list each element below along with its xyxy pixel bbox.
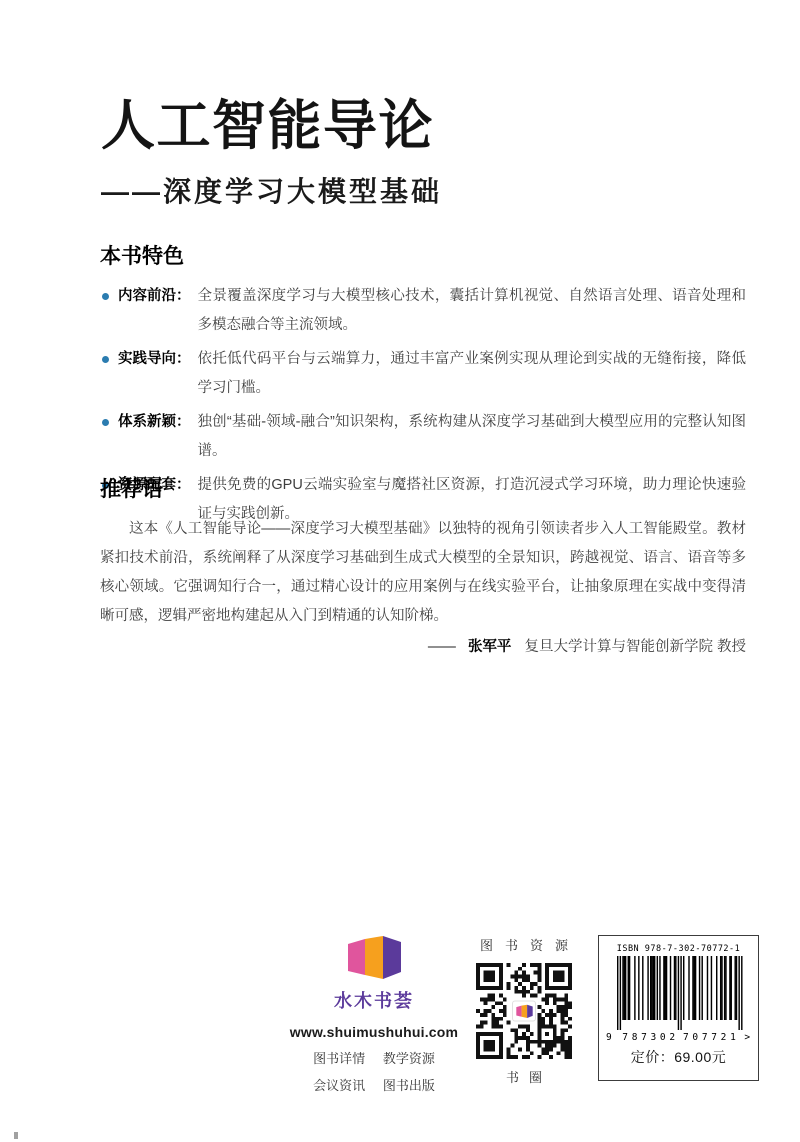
publisher-link: 教学资源 xyxy=(383,1051,435,1066)
book-subtitle: ——深度学习大模型基础 xyxy=(101,170,442,210)
feature-item: 体系新颖： 独创“基础-领域-融合”知识架构，系统构建从深度学习基础到大模型应用… xyxy=(100,408,746,466)
recommendation-byline: —— 张军平 复旦大学计算与智能创新学院 教授 xyxy=(100,633,746,662)
feature-text: 全景覆盖深度学习与大模型核心技术，囊括计算机视觉、自然语言处理、语音处理和多模态… xyxy=(198,282,747,340)
svg-text:9: 9 xyxy=(606,1032,612,1043)
publisher-link: 图书详情 xyxy=(313,1051,365,1066)
qr-code xyxy=(476,963,572,1059)
qr-top-label: 图书资源 xyxy=(468,935,580,954)
svg-text:707721: 707721 xyxy=(683,1032,736,1043)
svg-text:>: > xyxy=(744,1032,750,1043)
svg-text:787302: 787302 xyxy=(622,1032,675,1043)
recommendation-section: 推荐语 这本《人工智能导论——深度学习大模型基础》以独特的视角引领读者步入人工智… xyxy=(100,479,746,662)
feature-item: 实践导向： 依托低代码平台与云端算力，通过丰富产业案例实现从理论到实战的无缝衔接… xyxy=(100,345,746,403)
feature-text: 依托低代码平台与云端算力，通过丰富产业案例实现从理论到实战的无缝衔接，降低学习门… xyxy=(198,345,747,403)
feature-item: 内容前沿： 全景覆盖深度学习与大模型核心技术，囊括计算机视觉、自然语言处理、语音… xyxy=(100,282,746,340)
bullet-icon xyxy=(102,419,109,426)
isbn-number: ISBN 978-7-302-70772-1 xyxy=(599,944,758,954)
qr-center-logo xyxy=(512,1001,536,1022)
feature-label: 内容前沿： xyxy=(118,282,191,311)
print-registration-mark xyxy=(14,1132,18,1139)
publisher-links-row: 会议资讯 图书出版 xyxy=(282,1075,466,1094)
byline-dash: —— xyxy=(428,639,455,655)
book-title: 人工智能导论 xyxy=(101,97,434,156)
recommendation-heading: 推荐语 xyxy=(100,479,746,500)
publisher-fold-logo-icon xyxy=(347,936,402,980)
bullet-icon xyxy=(102,293,109,300)
price-label: 定价：69.00元 xyxy=(599,1047,758,1067)
publisher-block: 水木书荟 www.shuimushuhui.com 图书详情 教学资源 会议资讯… xyxy=(282,936,466,1094)
byline-name: 张军平 xyxy=(468,639,512,655)
feature-label: 体系新颖： xyxy=(118,408,191,437)
feature-text: 独创“基础-领域-融合”知识架构，系统构建从深度学习基础到大模型应用的完整认知图… xyxy=(198,408,747,466)
feature-label: 实践导向： xyxy=(118,345,191,374)
qr-block: 图书资源 书圈 xyxy=(468,935,580,1086)
publisher-website: www.shuimushuhui.com xyxy=(282,1024,466,1040)
publisher-link: 图书出版 xyxy=(383,1078,435,1093)
publisher-fold-logo-icon xyxy=(516,1004,533,1018)
recommendation-paragraph: 这本《人工智能导论——深度学习大模型基础》以独特的视角引领读者步入人工智能殿堂。… xyxy=(100,515,746,631)
qr-bottom-label: 书圈 xyxy=(468,1067,580,1086)
features-heading: 本书特色 xyxy=(100,246,746,267)
publisher-link: 会议资讯 xyxy=(313,1078,365,1093)
publisher-links-row: 图书详情 教学资源 xyxy=(282,1048,466,1067)
bullet-icon xyxy=(102,356,109,363)
ean13-barcode-icon: 9787302707721> xyxy=(603,956,755,1046)
byline-title: 复旦大学计算与智能创新学院 教授 xyxy=(524,639,746,655)
isbn-barcode-box: ISBN 978-7-302-70772-1 9787302707721> 定价… xyxy=(598,935,759,1081)
publisher-brand-name: 水木书荟 xyxy=(282,987,466,1013)
